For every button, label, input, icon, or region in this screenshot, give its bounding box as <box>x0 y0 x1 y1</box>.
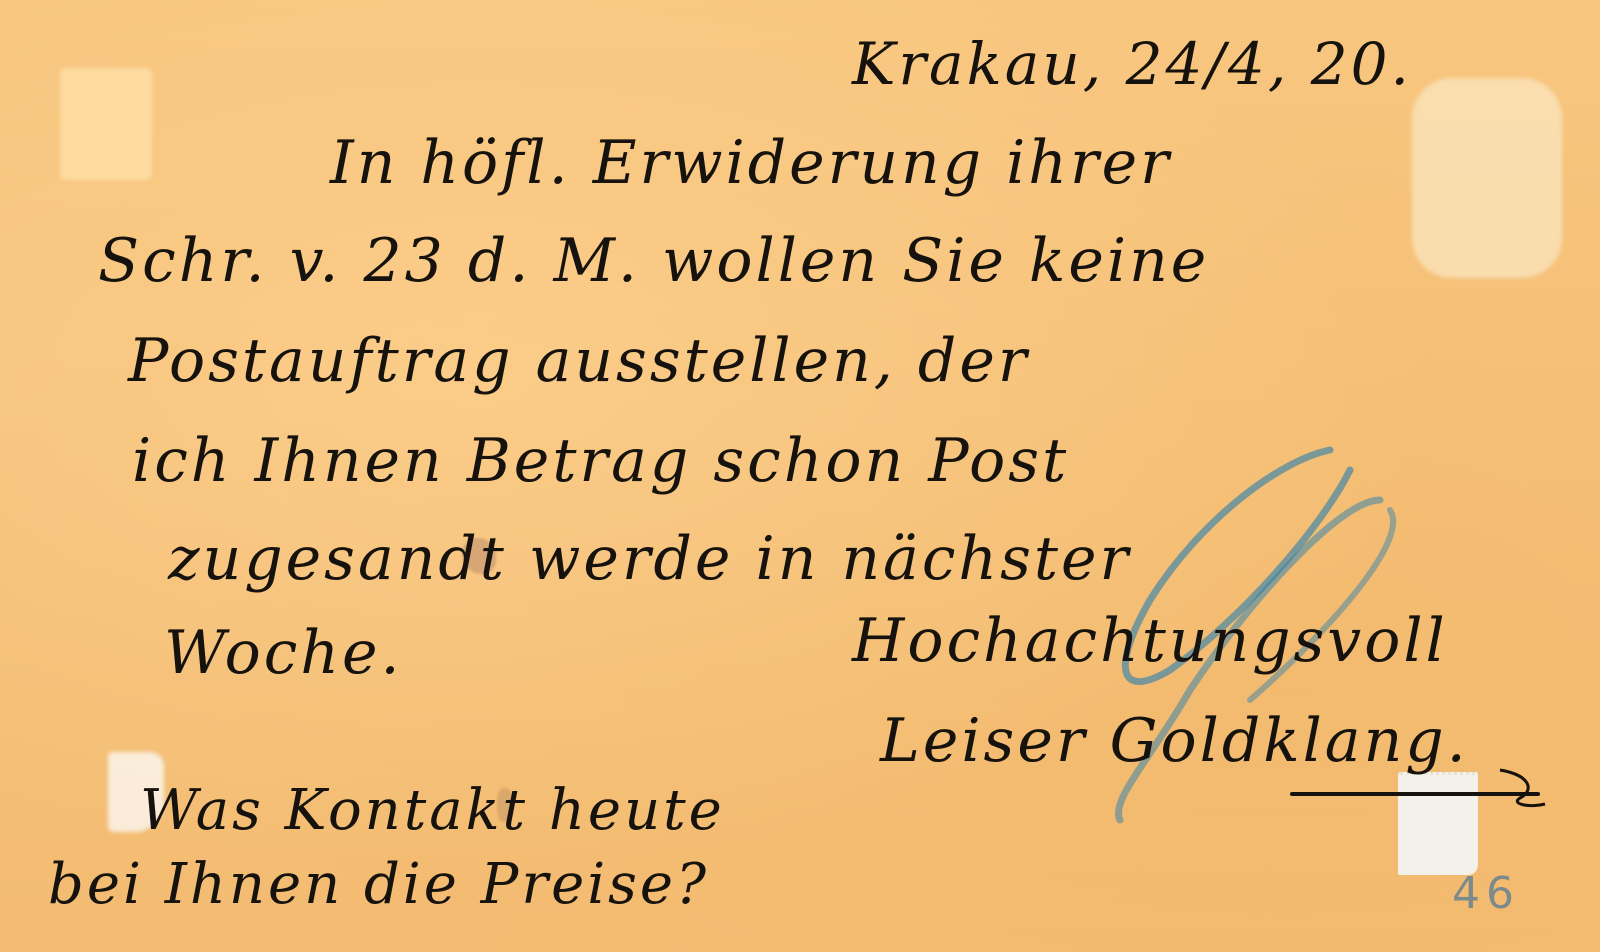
postscript-line-1: Was Kontakt heute <box>140 778 725 843</box>
signature-flourish-icon <box>1490 760 1550 820</box>
signature: Leiser Goldklang. <box>880 706 1469 776</box>
postcard: Krakau, 24/4, 20. In höfl. Erwiderung ih… <box>0 0 1600 952</box>
body-line-2: Schr. v. 23 d. M. wollen Sie keine <box>98 226 1209 296</box>
body-line-6: Woche. <box>164 618 403 688</box>
closing-salutation: Hochachtungsvoll <box>852 606 1448 676</box>
pencil-archive-number: 46 <box>1452 868 1520 919</box>
body-line-3: Postauftrag ausstellen, der <box>128 326 1030 396</box>
faded-stamp-patch-left <box>60 68 152 180</box>
body-line-4: ich Ihnen Betrag schon Post <box>132 426 1069 496</box>
torn-paper-patch-right <box>1398 772 1478 875</box>
postscript-line-2: bei Ihnen die Preise? <box>48 852 709 917</box>
body-line-5: zugesandt werde in nächster <box>168 524 1131 594</box>
faded-stamp-patch-right <box>1412 78 1562 278</box>
place-date: Krakau, 24/4, 20. <box>852 30 1412 98</box>
body-line-1: In höfl. Erwiderung ihrer <box>330 128 1172 198</box>
